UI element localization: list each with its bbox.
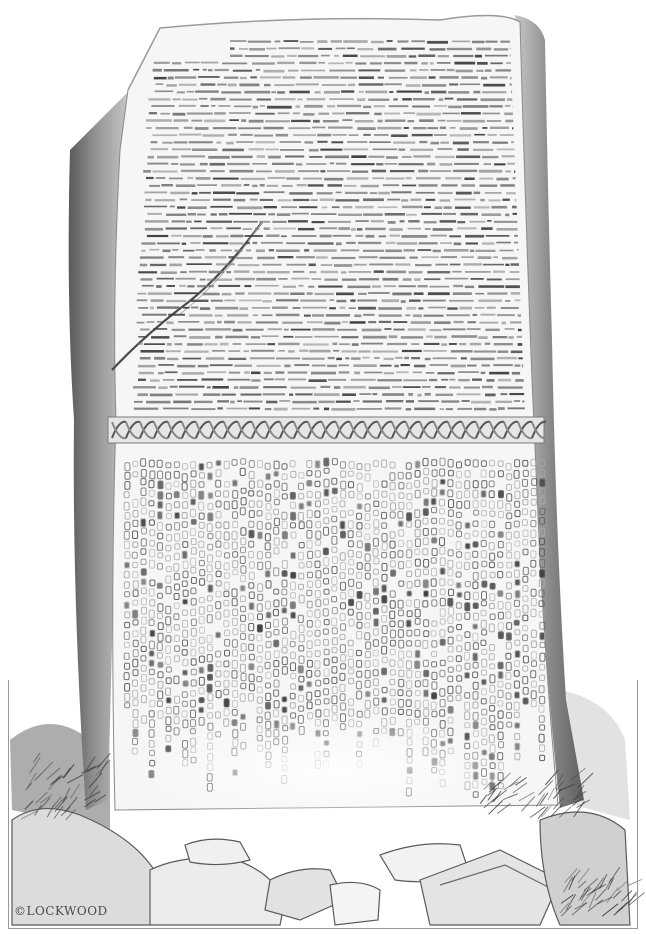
artist-signature: ©LOCKWOOD bbox=[14, 904, 108, 918]
stele-illustration bbox=[0, 0, 646, 934]
braided-band bbox=[108, 417, 546, 443]
